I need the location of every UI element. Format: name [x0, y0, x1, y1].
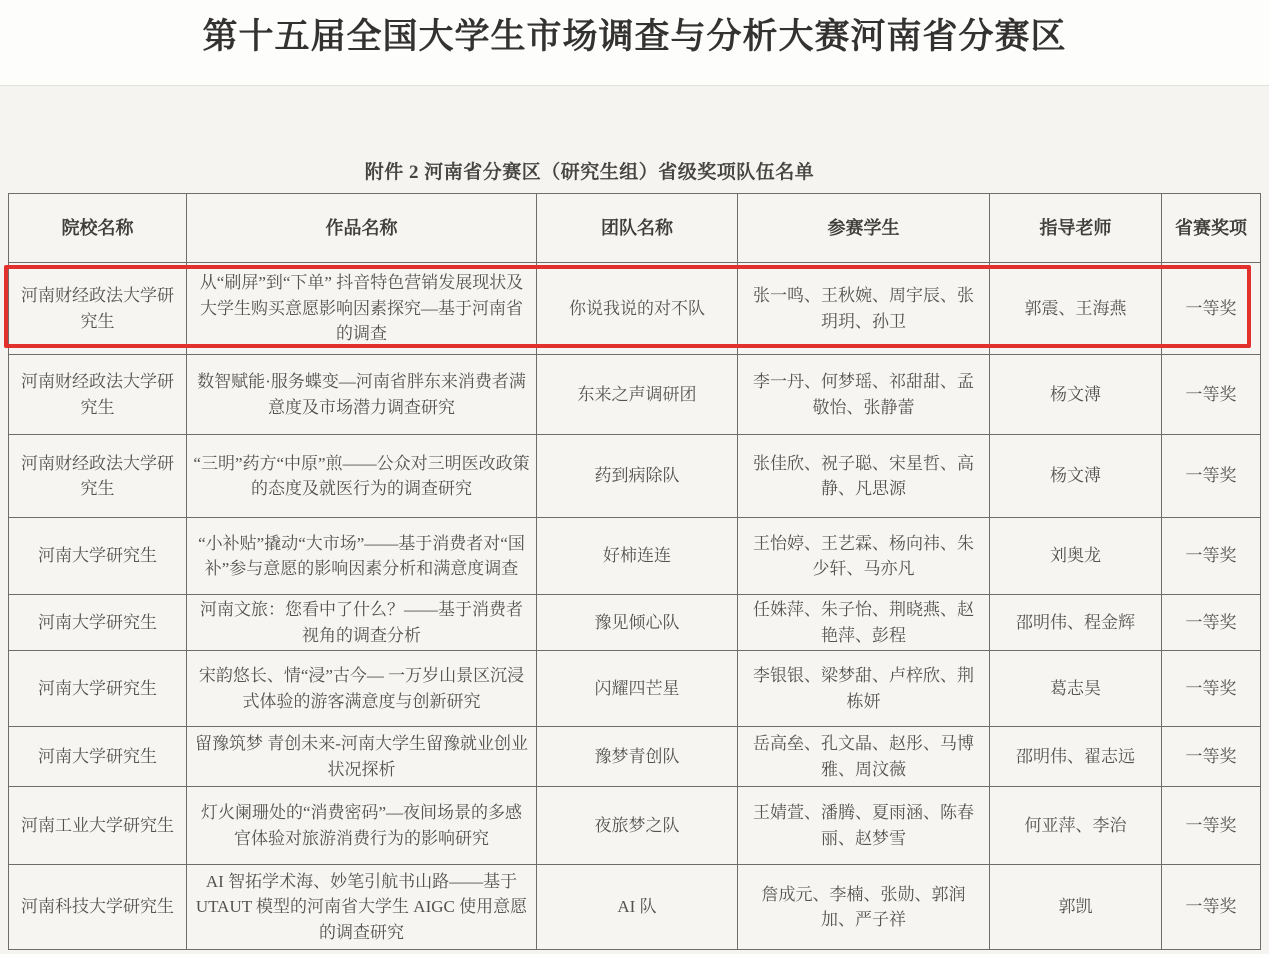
- table-row: 河南大学研究生 宋韵悠长、情“浸”古今— 一万岁山景区沉浸式体验的游客满意度与创…: [9, 651, 1261, 727]
- table-row: 河南科技大学研究生 AI 智拓学术海、妙笔引航书山路——基于 UTAUT 模型的…: [9, 865, 1261, 950]
- work-title-cell: 留豫筑梦 青创未来-河南大学生留豫就业创业状况探析: [187, 727, 537, 787]
- award-cell: 一等奖: [1162, 727, 1261, 787]
- table-row: 河南工业大学研究生 灯火阑珊处的“消费密码”—夜间场景的多感官体验对旅游消费行为…: [9, 787, 1261, 865]
- team-name-cell: AI 队: [537, 865, 738, 950]
- table-row: 河南大学研究生 河南文旅：您看中了什么？——基于消费者视角的调查分析 豫见倾心队…: [9, 595, 1261, 651]
- teachers-cell: 刘奥龙: [990, 518, 1162, 595]
- students-cell: 李银银、梁梦甜、卢梓欣、荆栋妍: [738, 651, 990, 727]
- work-title-cell: “小补贴”撬动“大市场”——基于消费者对“国补”参与意愿的影响因素分析和满意度调…: [187, 518, 537, 595]
- school-cell: 河南财经政法大学研究生: [9, 355, 187, 435]
- students-cell: 王婧萱、潘腾、夏雨涵、陈春丽、赵梦雪: [738, 787, 990, 865]
- teachers-cell: 郭震、王海燕: [990, 263, 1162, 355]
- award-cell: 一等奖: [1162, 355, 1261, 435]
- team-name-cell: 夜旅梦之队: [537, 787, 738, 865]
- students-cell: 岳高垒、孔文晶、赵彤、马博雅、周汶薇: [738, 727, 990, 787]
- award-cell: 一等奖: [1162, 435, 1261, 518]
- attachment-caption: 附件 2 河南省分赛区（研究生组）省级奖项队伍名单: [365, 162, 815, 183]
- students-cell: 王怡婷、王艺霖、杨向祎、朱少轩、马亦凡: [738, 518, 990, 595]
- team-name-cell: 闪耀四芒星: [537, 651, 738, 727]
- work-title-cell: 从“刷屏”到“下单” 抖音特色营销发展现状及大学生购买意愿影响因素探究—基于河南…: [187, 263, 537, 355]
- awards-table: 院校名称 作品名称 团队名称 参赛学生 指导老师 省赛奖项 河南财经政法大学研究…: [8, 193, 1261, 950]
- header-cell-award: 省赛奖项: [1162, 194, 1261, 263]
- header-cell-team-name: 团队名称: [537, 194, 738, 263]
- work-title-cell: AI 智拓学术海、妙笔引航书山路——基于 UTAUT 模型的河南省大学生 AIG…: [187, 865, 537, 950]
- school-cell: 河南大学研究生: [9, 727, 187, 787]
- students-cell: 张佳欣、祝子聪、宋星哲、高静、凡思源: [738, 435, 990, 518]
- header-cell-work-title: 作品名称: [187, 194, 537, 263]
- table-row: 河南财经政法大学研究生 “三明”药方“中原”煎——公众对三明医改政策的态度及就医…: [9, 435, 1261, 518]
- teachers-cell: 何亚萍、李治: [990, 787, 1162, 865]
- team-name-cell: 豫见倾心队: [537, 595, 738, 651]
- students-cell: 李一丹、何梦瑶、祁甜甜、孟敬怡、张静蕾: [738, 355, 990, 435]
- students-cell: 张一鸣、王秋婉、周宇辰、张玥玥、孙卫: [738, 263, 990, 355]
- school-cell: 河南财经政法大学研究生: [9, 263, 187, 355]
- students-cell: 詹成元、李楠、张勋、郭润加、严子祥: [738, 865, 990, 950]
- teachers-cell: 邵明伟、程金辉: [990, 595, 1162, 651]
- school-cell: 河南大学研究生: [9, 595, 187, 651]
- document-body: 附件 2 河南省分赛区（研究生组）省级奖项队伍名单 院校名称 作品名称 团队名称…: [0, 86, 1269, 954]
- page-title: 第十五届全国大学生市场调查与分析大赛河南省分赛区: [0, 0, 1269, 59]
- table-row: 河南大学研究生 “小补贴”撬动“大市场”——基于消费者对“国补”参与意愿的影响因…: [9, 518, 1261, 595]
- work-title-cell: “三明”药方“中原”煎——公众对三明医改政策的态度及就医行为的调查研究: [187, 435, 537, 518]
- team-name-cell: 你说我说的对不队: [537, 263, 738, 355]
- school-cell: 河南财经政法大学研究生: [9, 435, 187, 518]
- attachment-caption-row: 附件 2 河南省分赛区（研究生组）省级奖项队伍名单: [0, 157, 1224, 184]
- teachers-cell: 杨文溥: [990, 355, 1162, 435]
- school-cell: 河南大学研究生: [9, 518, 187, 595]
- teachers-cell: 杨文溥: [990, 435, 1162, 518]
- school-cell: 河南科技大学研究生: [9, 865, 187, 950]
- award-cell: 一等奖: [1162, 518, 1261, 595]
- team-name-cell: 好柿连连: [537, 518, 738, 595]
- award-cell: 一等奖: [1162, 865, 1261, 950]
- table-row: 河南财经政法大学研究生 数智赋能·服务蝶变—河南省胖东来消费者满意度及市场潜力调…: [9, 355, 1261, 435]
- school-cell: 河南大学研究生: [9, 651, 187, 727]
- work-title-cell: 数智赋能·服务蝶变—河南省胖东来消费者满意度及市场潜力调查研究: [187, 355, 537, 435]
- award-cell: 一等奖: [1162, 263, 1261, 355]
- team-name-cell: 药到病除队: [537, 435, 738, 518]
- students-cell: 任姝萍、朱子怡、荆晓燕、赵艳萍、彭程: [738, 595, 990, 651]
- teachers-cell: 葛志昊: [990, 651, 1162, 727]
- teachers-cell: 郭凯: [990, 865, 1162, 950]
- header-cell-teachers: 指导老师: [990, 194, 1162, 263]
- work-title-cell: 灯火阑珊处的“消费密码”—夜间场景的多感官体验对旅游消费行为的影响研究: [187, 787, 537, 865]
- work-title-cell: 河南文旅：您看中了什么？——基于消费者视角的调查分析: [187, 595, 537, 651]
- award-cell: 一等奖: [1162, 651, 1261, 727]
- award-cell: 一等奖: [1162, 787, 1261, 865]
- work-title-cell: 宋韵悠长、情“浸”古今— 一万岁山景区沉浸式体验的游客满意度与创新研究: [187, 651, 537, 727]
- school-cell: 河南工业大学研究生: [9, 787, 187, 865]
- team-name-cell: 东来之声调研团: [537, 355, 738, 435]
- award-cell: 一等奖: [1162, 595, 1261, 651]
- team-name-cell: 豫梦青创队: [537, 727, 738, 787]
- table-row: 河南大学研究生 留豫筑梦 青创未来-河南大学生留豫就业创业状况探析 豫梦青创队 …: [9, 727, 1261, 787]
- teachers-cell: 邵明伟、翟志远: [990, 727, 1162, 787]
- table-header-row: 院校名称 作品名称 团队名称 参赛学生 指导老师 省赛奖项: [9, 194, 1261, 263]
- table-row: 河南财经政法大学研究生 从“刷屏”到“下单” 抖音特色营销发展现状及大学生购买意…: [9, 263, 1261, 355]
- page-header: 第十五届全国大学生市场调查与分析大赛河南省分赛区: [0, 0, 1269, 86]
- header-cell-students: 参赛学生: [738, 194, 990, 263]
- header-cell-school: 院校名称: [9, 194, 187, 263]
